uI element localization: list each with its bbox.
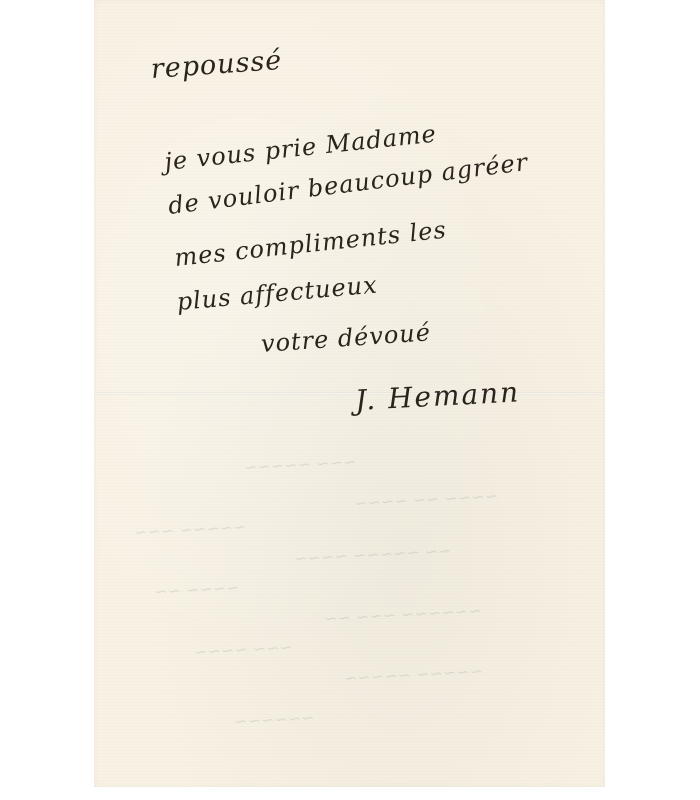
bleed-through-text: ~~~~ ~~	[154, 578, 240, 601]
bleed-through-text: ~~~ ~~~~~	[244, 452, 357, 477]
bleed-through-text: ~~ ~~~~~ ~~~~	[294, 541, 452, 568]
bleed-through-text: ~~~~ ~~ ~~~~	[354, 486, 499, 513]
letter-line: repoussé	[150, 45, 283, 85]
bleed-through-text: ~~~ ~~~~	[194, 637, 294, 661]
signature: J. Hemann	[354, 375, 521, 417]
bleed-through-text: ~~~~~~ ~~~ ~~	[324, 601, 482, 628]
letter-line: plus affectueux	[176, 271, 379, 316]
bleed-through-text: ~~~~~ ~~~	[134, 517, 247, 542]
letter-line: mes compliments les	[173, 216, 448, 272]
letter-page: ~~~ ~~~~~ ~~~~ ~~ ~~~~ ~~~~~ ~~~ ~~ ~~~~…	[94, 0, 605, 787]
bleed-through-text: ~~~~~~	[234, 708, 315, 731]
fold-crease	[94, 392, 605, 395]
letter-line: votre dévoué	[260, 318, 432, 358]
bleed-through-text: ~~~~~ ~~~~~	[344, 661, 484, 687]
